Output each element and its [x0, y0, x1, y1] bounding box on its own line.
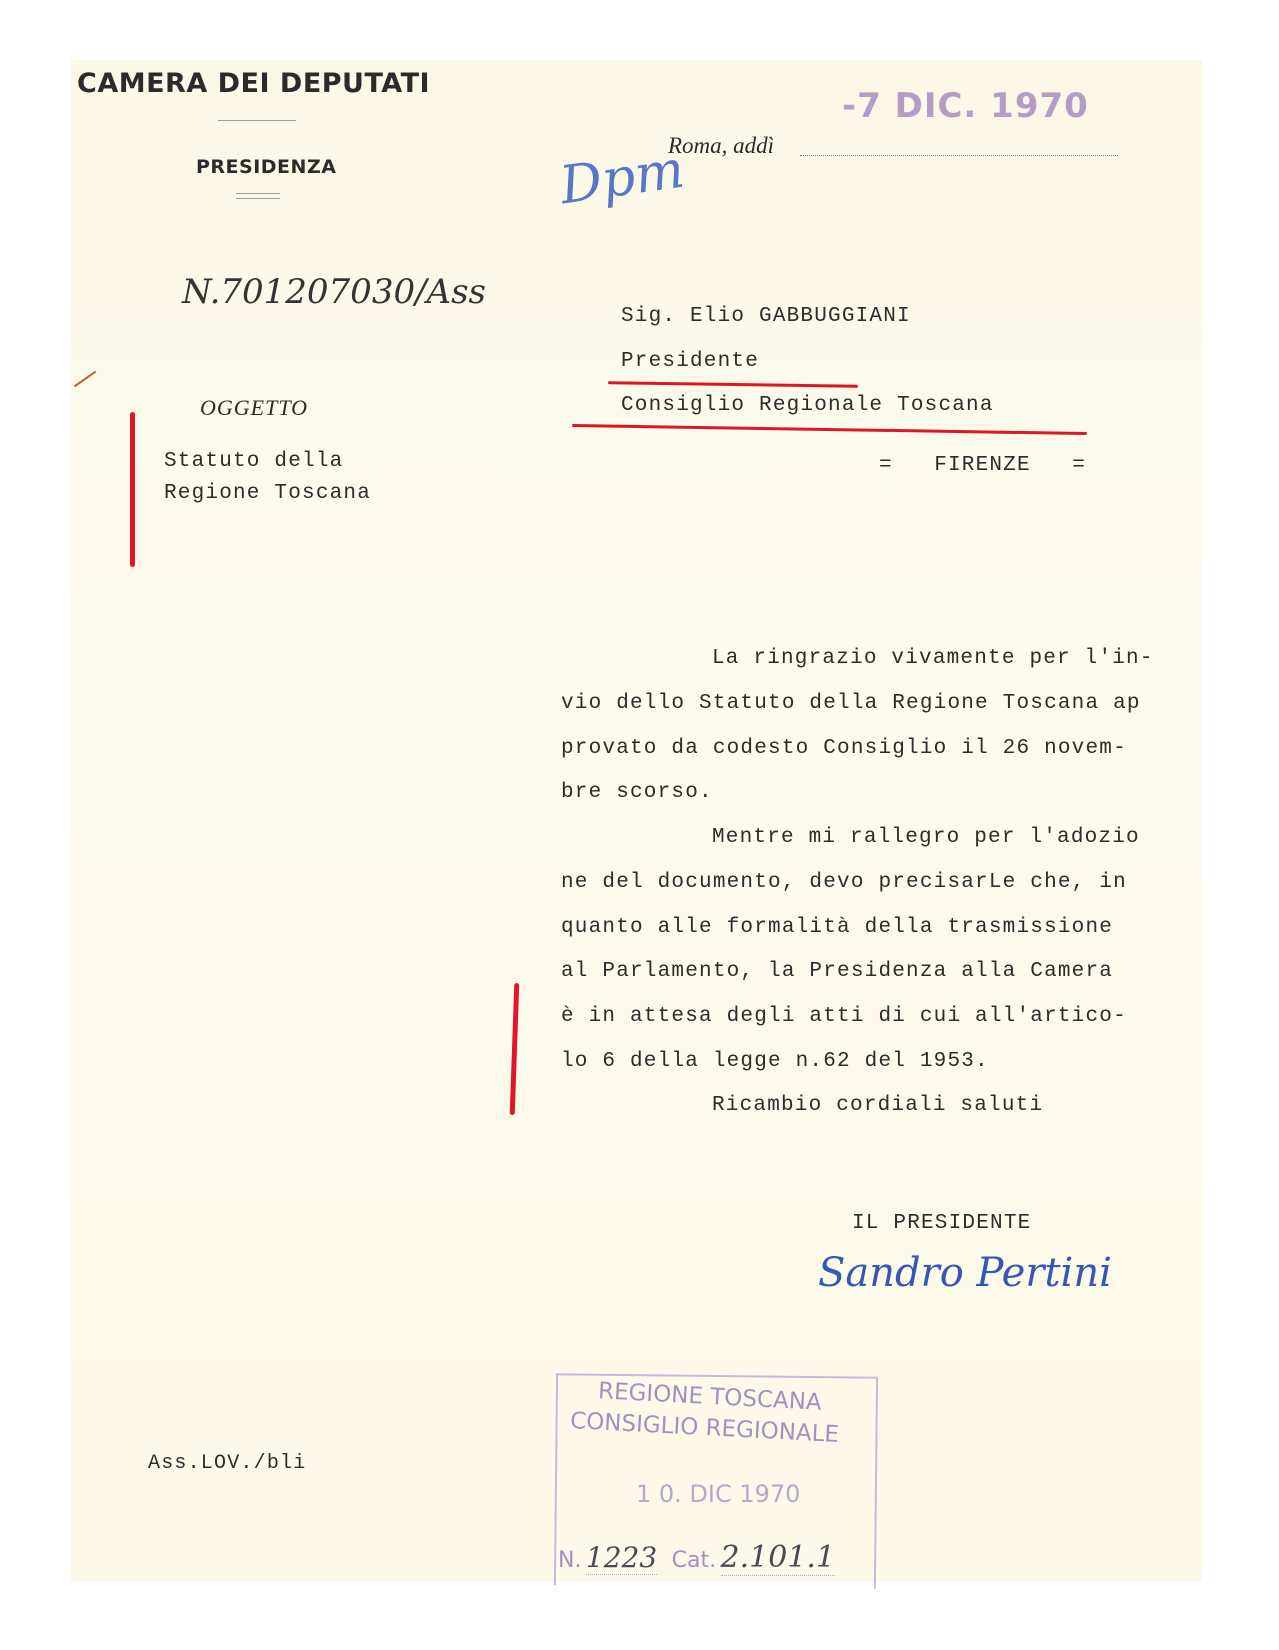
- body-line: al Parlamento, la Presidenza alla Camera: [561, 960, 1113, 983]
- body-line: ne del documento, devo precisarLe che, i…: [561, 871, 1127, 894]
- letterhead-divider: [218, 120, 296, 121]
- red-margin-mark-subject: [130, 412, 135, 567]
- protocol-number: 701207030/Ass: [220, 272, 486, 312]
- office-heading: PRESIDENZA: [196, 156, 336, 178]
- place-date-label: Roma, addì: [668, 133, 774, 159]
- body-line: quanto alle formalità della trasmissione: [561, 916, 1113, 939]
- date-dotted-line: [800, 155, 1118, 156]
- body-line: Mentre mi rallegro per l'adozio: [712, 826, 1140, 849]
- stamp-category-label: Cat.: [672, 1548, 716, 1573]
- stamp-number-label: N.: [558, 1548, 581, 1573]
- body-line: Ricambio cordiali saluti: [712, 1094, 1043, 1117]
- body-line: lo 6 della legge n.62 del 1953.: [561, 1050, 989, 1073]
- subject-line-2: Regione Toscana: [164, 482, 371, 505]
- stamp-category: 2.101.1: [721, 1540, 836, 1576]
- recipient-city: = FIRENZE =: [879, 454, 1086, 477]
- body-line: La ringrazio vivamente per l'in-: [712, 647, 1154, 670]
- body-line: vio dello Statuto della Regione Toscana …: [561, 692, 1141, 715]
- body-line: provato da codesto Consiglio il 26 novem…: [561, 737, 1127, 760]
- institution-heading: CAMERA DEI DEPUTATI: [77, 68, 430, 99]
- recipient-organization: Consiglio Regionale Toscana: [621, 394, 994, 417]
- body-line: è in attesa degli atti di cui all'artico…: [561, 1005, 1127, 1028]
- date-stamp: -7 DIC. 1970: [842, 86, 1089, 126]
- subject-label: OGGETTO: [200, 395, 308, 421]
- stamp-date: 1 0. DIC 1970: [636, 1480, 800, 1508]
- protocol-prefix: N.: [182, 272, 220, 312]
- closing-title: IL PRESIDENTE: [852, 1212, 1031, 1235]
- office-divider-2: [236, 198, 280, 199]
- signature: Sandro Pertini: [818, 1250, 1112, 1296]
- stamp-number: 1223: [586, 1541, 657, 1575]
- recipient-title: Presidente: [621, 350, 759, 373]
- subject-line-1: Statuto della: [164, 450, 343, 473]
- office-divider-1: [236, 193, 280, 194]
- body-line: bre scorso.: [561, 781, 713, 804]
- recipient-name: Sig. Elio GABBUGGIANI: [621, 305, 911, 328]
- reference-initials: Ass.LOV./bli: [148, 1452, 306, 1475]
